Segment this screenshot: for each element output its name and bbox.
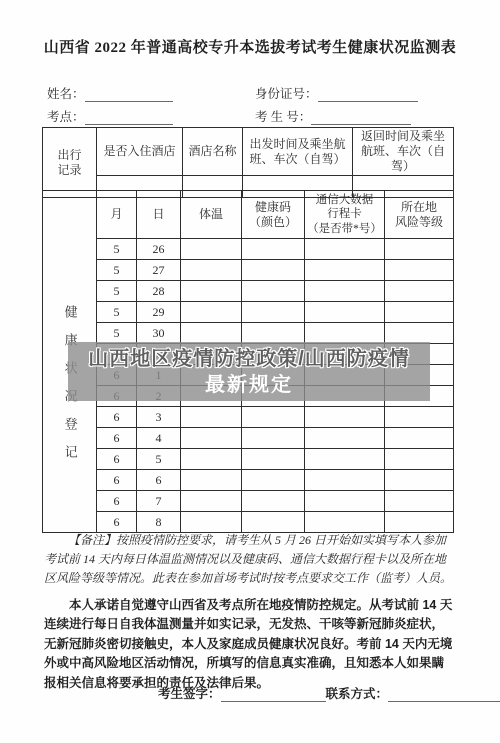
empty-cell	[305, 239, 385, 260]
month-cell: 5	[97, 239, 137, 260]
empty-cell	[242, 428, 305, 449]
empty-cell	[181, 323, 242, 344]
day-cell: 5	[137, 449, 181, 470]
id-field: 身份证号：	[255, 84, 418, 102]
month-cell: 6	[97, 470, 137, 491]
contact-label: 联系方式：	[326, 687, 389, 701]
empty-cell	[305, 302, 385, 323]
day-cell: 8	[137, 512, 181, 533]
empty-cell	[305, 323, 385, 344]
month-cell: 5	[97, 323, 137, 344]
month-cell: 6	[97, 449, 137, 470]
empty-cell	[385, 239, 454, 260]
travel-row-header: 出行 记录	[43, 128, 97, 198]
empty-cell	[181, 260, 242, 281]
empty-cell	[305, 428, 385, 449]
day-cell: 3	[137, 407, 181, 428]
watermark-headline-line1: 山西地区疫情防控政策/山西防疫情	[88, 346, 410, 372]
empty-cell	[385, 407, 454, 428]
id-field-line	[318, 88, 418, 102]
page-title: 山西省 2022 年普通高校专升本选拔考试考生健康状况监测表	[0, 36, 500, 57]
field-row-2: 考点： 考 生 号：	[0, 107, 500, 127]
empty-cell	[242, 407, 305, 428]
empty-cell	[385, 323, 454, 344]
empty-cell	[305, 449, 385, 470]
empty-cell	[181, 281, 242, 302]
empty-cell	[305, 407, 385, 428]
empty-cell	[385, 302, 454, 323]
empty-cell	[242, 323, 305, 344]
day-cell: 4	[137, 428, 181, 449]
empty-cell	[181, 449, 242, 470]
empty-cell	[181, 512, 242, 533]
month-cell: 6	[97, 428, 137, 449]
signature-row: 考生签字：联系方式：	[158, 684, 500, 702]
table-row: 67	[43, 491, 454, 512]
day-cell: 27	[137, 260, 181, 281]
watermark-headline-banner: 山西地区疫情防控政策/山西防疫情 最新规定	[68, 342, 430, 401]
site-field-line	[85, 111, 173, 125]
empty-cell	[242, 302, 305, 323]
col-day: 日	[137, 191, 181, 239]
table-row: 529	[43, 302, 454, 323]
day-cell: 26	[137, 239, 181, 260]
table-row: 68	[43, 512, 454, 533]
site-label: 考点：	[47, 110, 85, 124]
empty-cell	[242, 470, 305, 491]
travel-header-row: 出行 记录 是否入住酒店 酒店名称 出发时间及乘坐航 班、车次（自驾） 返回时间…	[43, 128, 454, 176]
day-cell: 30	[137, 323, 181, 344]
month-cell: 6	[97, 407, 137, 428]
empty-cell	[385, 281, 454, 302]
remark-paragraph: 【备注】按照疫情防控要求，请考生从 5 月 26 日开始如实填写本人参加考试前 …	[44, 531, 453, 589]
col-hotel-name: 酒店名称	[183, 128, 243, 176]
month-cell: 6	[97, 512, 137, 533]
empty-cell	[305, 281, 385, 302]
table-row: 66	[43, 470, 454, 491]
empty-cell	[181, 302, 242, 323]
empty-cell	[242, 260, 305, 281]
empty-cell	[385, 449, 454, 470]
table-row: 527	[43, 260, 454, 281]
signature-label: 考生签字：	[158, 687, 221, 701]
empty-cell	[181, 428, 242, 449]
document-page: 山西省 2022 年普通高校专升本选拔考试考生健康状况监测表 姓名： 身份证号：…	[0, 0, 500, 743]
watermark-headline-line2: 最新规定	[205, 372, 293, 398]
empty-cell	[385, 260, 454, 281]
table-row: 64	[43, 428, 454, 449]
col-risk-level: 所在地 风险等级	[385, 191, 454, 239]
day-cell: 29	[137, 302, 181, 323]
empty-cell	[181, 407, 242, 428]
empty-cell	[385, 512, 454, 533]
signature-line	[221, 688, 326, 702]
empty-cell	[242, 512, 305, 533]
empty-cell	[181, 470, 242, 491]
empty-cell	[242, 239, 305, 260]
table-row: 65	[43, 449, 454, 470]
candidate-no-label: 考 生 号：	[255, 110, 311, 124]
col-temperature: 体温	[181, 191, 242, 239]
month-cell: 6	[97, 491, 137, 512]
empty-cell	[242, 281, 305, 302]
day-cell: 6	[137, 470, 181, 491]
contact-line	[388, 688, 500, 702]
empty-cell	[385, 491, 454, 512]
id-label: 身份证号：	[255, 87, 318, 101]
month-cell: 5	[97, 302, 137, 323]
month-cell: 5	[97, 281, 137, 302]
day-cell: 28	[137, 281, 181, 302]
empty-cell	[385, 470, 454, 491]
empty-cell	[305, 491, 385, 512]
empty-cell	[181, 239, 242, 260]
col-hotel-stay: 是否入住酒店	[97, 128, 183, 176]
col-health-code: 健康码 （颜色）	[242, 191, 305, 239]
field-row-1: 姓名： 身份证号：	[0, 84, 500, 104]
candidate-no-field: 考 生 号：	[255, 107, 411, 125]
health-header-row: 健康状况登记 月 日 体温 健康码 （颜色） 通信大数据 行程卡 （是否带*号）…	[43, 191, 454, 239]
table-row: 530	[43, 323, 454, 344]
table-row: 63	[43, 407, 454, 428]
empty-cell	[181, 491, 242, 512]
site-field: 考点：	[47, 107, 173, 125]
col-return: 返回时间及乘坐 航班、车次（自驾）	[353, 128, 454, 176]
name-field: 姓名：	[47, 84, 173, 102]
empty-cell	[385, 428, 454, 449]
day-cell: 7	[137, 491, 181, 512]
empty-cell	[305, 470, 385, 491]
empty-cell	[305, 512, 385, 533]
col-depart: 出发时间及乘坐航 班、车次（自驾）	[243, 128, 353, 176]
col-month: 月	[97, 191, 137, 239]
commitment-paragraph: 本人承诺自觉遵守山西省及考点所在地疫情防控规定。从考试前 14 天连续进行每日自…	[44, 596, 454, 693]
table-row: 528	[43, 281, 454, 302]
name-field-line	[85, 88, 173, 102]
empty-cell	[242, 491, 305, 512]
col-trip-card: 通信大数据 行程卡 （是否带*号）	[305, 191, 385, 239]
travel-record-table: 出行 记录 是否入住酒店 酒店名称 出发时间及乘坐航 班、车次（自驾） 返回时间…	[42, 127, 454, 198]
month-cell: 5	[97, 260, 137, 281]
table-row: 526	[43, 239, 454, 260]
empty-cell	[305, 260, 385, 281]
candidate-no-field-line	[311, 111, 411, 125]
name-label: 姓名：	[47, 87, 85, 101]
empty-cell	[242, 449, 305, 470]
